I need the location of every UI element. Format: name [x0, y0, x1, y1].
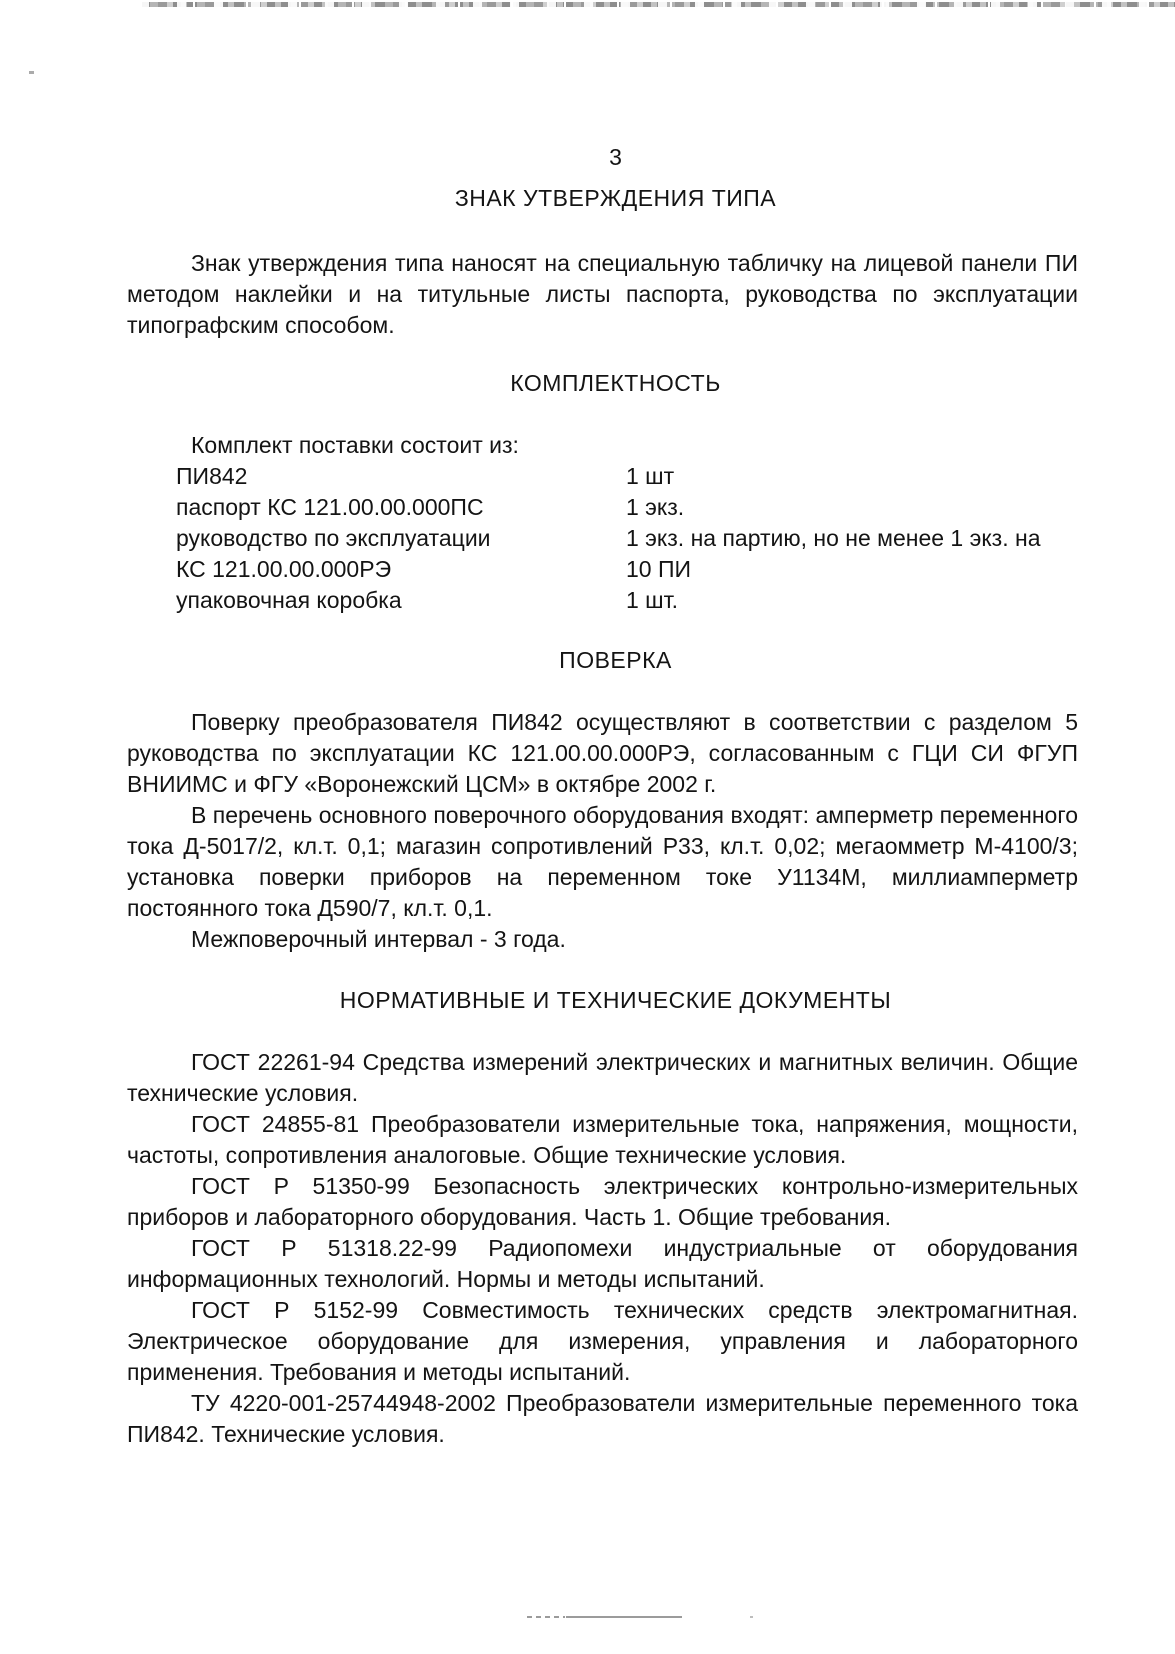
- kit-item-qty: 1 шт.: [626, 585, 1078, 616]
- page-content: 3 ЗНАК УТВЕРЖДЕНИЯ ТИПА Знак утверждения…: [127, 0, 1078, 1450]
- scan-artifact-bottom-dashes: [527, 1616, 565, 1618]
- kit-item-name: руководство по эксплуатации: [176, 523, 626, 554]
- documents-paragraphs: ГОСТ 22261-94 Средства измерений электри…: [127, 1047, 1078, 1450]
- kit-item-qty: 1 шт: [626, 461, 1078, 492]
- section-title-completeness: КОМПЛЕКТНОСТЬ: [127, 368, 1078, 399]
- kit-item-name: упаковочная коробка: [176, 585, 626, 616]
- kit-item-name: КС 121.00.00.000РЭ: [176, 554, 626, 585]
- section-documents: НОРМАТИВНЫЕ И ТЕХНИЧЕСКИЕ ДОКУМЕНТЫ ГОСТ…: [127, 985, 1078, 1450]
- scan-speck: [29, 71, 34, 74]
- document-reference: ГОСТ Р 51318.22-99 Радиопомехи индустриа…: [127, 1233, 1078, 1295]
- verification-paragraph: В перечень основного поверочного оборудо…: [127, 800, 1078, 924]
- document-reference: ТУ 4220-001-25744948-2002 Преобразовател…: [127, 1388, 1078, 1450]
- kit-list: ПИ842 1 шт паспорт КС 121.00.00.000ПС 1 …: [127, 461, 1078, 616]
- section-title-verification: ПОВЕРКА: [127, 645, 1078, 676]
- scan-artifact-bottom-line: [566, 1616, 682, 1618]
- kit-item-qty: 10 ПИ: [626, 554, 1078, 585]
- kit-item: КС 121.00.00.000РЭ 10 ПИ: [176, 554, 1078, 585]
- kit-item: руководство по эксплуатации 1 экз. на па…: [176, 523, 1078, 554]
- section-verification: ПОВЕРКА Поверку преобразователя ПИ842 ос…: [127, 645, 1078, 955]
- kit-item-name: ПИ842: [176, 461, 626, 492]
- type-approval-paragraph: Знак утверждения типа наносят на специал…: [127, 248, 1078, 341]
- kit-item: паспорт КС 121.00.00.000ПС 1 экз.: [176, 492, 1078, 523]
- section-completeness: КОМПЛЕКТНОСТЬ Комплект поставки состоит …: [127, 368, 1078, 616]
- document-reference: ГОСТ 22261-94 Средства измерений электри…: [127, 1047, 1078, 1109]
- section-title-type-approval: ЗНАК УТВЕРЖДЕНИЯ ТИПА: [127, 183, 1078, 214]
- document-reference: ГОСТ Р 5152-99 Совместимость технических…: [127, 1295, 1078, 1388]
- completeness-intro: Комплект поставки состоит из:: [127, 430, 1078, 461]
- kit-item: упаковочная коробка 1 шт.: [176, 585, 1078, 616]
- kit-item-name: паспорт КС 121.00.00.000ПС: [176, 492, 626, 523]
- kit-item: ПИ842 1 шт: [176, 461, 1078, 492]
- document-reference: ГОСТ Р 51350-99 Безопасность электрическ…: [127, 1171, 1078, 1233]
- kit-item-qty: 1 экз.: [626, 492, 1078, 523]
- verification-paragraph: Межповерочный интервал - 3 года.: [127, 924, 1078, 955]
- section-type-approval: ЗНАК УТВЕРЖДЕНИЯ ТИПА Знак утверждения т…: [127, 183, 1078, 341]
- verification-paragraphs: Поверку преобразователя ПИ842 осуществля…: [127, 707, 1078, 955]
- scan-artifact-bottom-dot: [750, 1616, 753, 1618]
- verification-paragraph: Поверку преобразователя ПИ842 осуществля…: [127, 707, 1078, 800]
- section-title-documents: НОРМАТИВНЫЕ И ТЕХНИЧЕСКИЕ ДОКУМЕНТЫ: [127, 985, 1078, 1016]
- document-reference: ГОСТ 24855-81 Преобразователи измеритель…: [127, 1109, 1078, 1171]
- document-page: 3 ЗНАК УТВЕРЖДЕНИЯ ТИПА Знак утверждения…: [0, 0, 1175, 1654]
- page-number: 3: [127, 142, 1078, 173]
- kit-item-qty: 1 экз. на партию, но не менее 1 экз. на: [626, 523, 1078, 554]
